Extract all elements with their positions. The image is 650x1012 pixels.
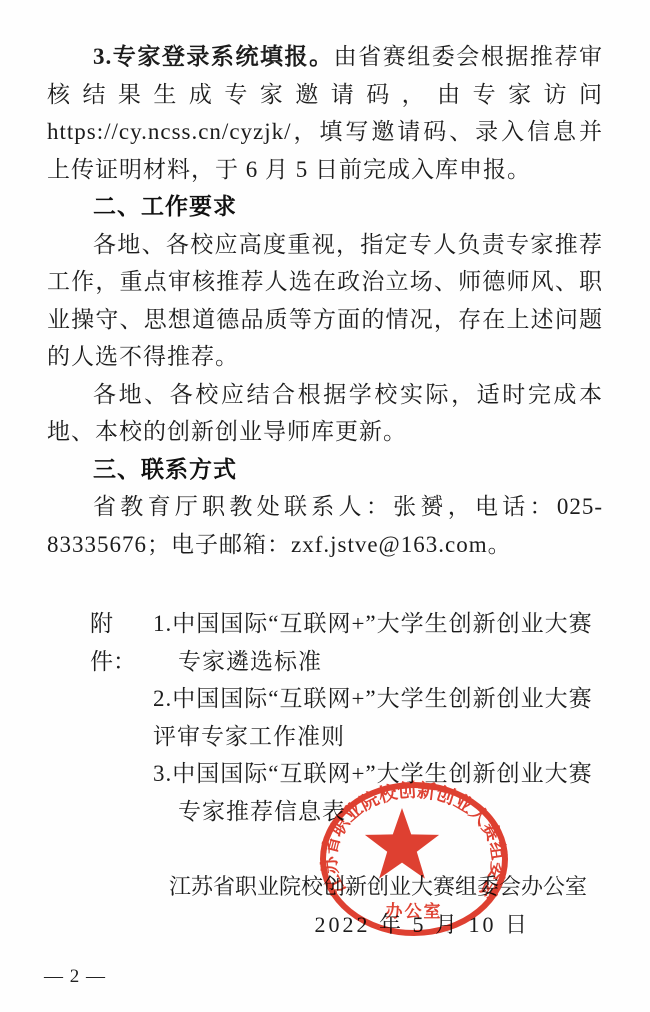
paragraph-lead-bold: 3.专家登录系统填报。 (93, 44, 334, 69)
attachment-3-title: 3.中国国际“互联网+”大学生创新创业大赛 (153, 755, 603, 793)
attachment-item-1: 1.中国国际“互联网+”大学生创新创业大赛 专家遴选标准 (153, 605, 603, 680)
document-page: 3.专家登录系统填报。由省赛组委会根据推荐审核结果生成专家邀请码，由专家访问 h… (0, 0, 650, 1012)
document-content: 3.专家登录系统填报。由省赛组委会根据推荐审核结果生成专家邀请码，由专家访问 h… (47, 38, 603, 943)
attachment-item-3: 3.中国国际“互联网+”大学生创新创业大赛 专家推荐信息表 (153, 755, 603, 830)
attachment-item-2: 2.中国国际“互联网+”大学生创新创业大赛 评审专家工作准则 (153, 680, 603, 755)
heading-contact-info: 三、联系方式 (47, 451, 603, 489)
attachment-2-title: 2.中国国际“互联网+”大学生创新创业大赛 (153, 680, 603, 718)
attachments-list: 1.中国国际“互联网+”大学生创新创业大赛 专家遴选标准 2.中国国际“互联网+… (153, 605, 603, 830)
paragraph-work-requirements-2: 各地、各校应结合根据学校实际，适时完成本地、本校的创新创业导师库更新。 (47, 376, 603, 451)
attachment-1-subtitle: 专家遴选标准 (153, 643, 603, 681)
page-number: — 2 — (44, 966, 106, 988)
attachments-label: 附件： (90, 605, 153, 830)
issuing-office-signature: 江苏省职业院校创新创业大赛组委会办公室 (47, 868, 603, 906)
paragraph-work-requirements-1: 各地、各校应高度重视，指定专人负责专家推荐工作，重点审核推荐人选在政治立场、师德… (47, 226, 603, 376)
heading-work-requirements: 二、工作要求 (47, 188, 603, 226)
paragraph-contact-info: 省教育厅职教处联系人：张赟，电话：025-83335676；电子邮箱：zxf.j… (47, 488, 603, 563)
attachment-2-subtitle: 评审专家工作准则 (153, 718, 603, 756)
issue-date: 2022 年 5 月 10 日 (47, 906, 603, 944)
attachments-block: 附件： 1.中国国际“互联网+”大学生创新创业大赛 专家遴选标准 2.中国国际“… (90, 605, 603, 830)
attachment-1-title: 1.中国国际“互联网+”大学生创新创业大赛 (153, 605, 603, 643)
signature-block: 江苏省职业院校创新创业大赛组委会办公室 2022 年 5 月 10 日 (47, 868, 603, 943)
paragraph-expert-registration: 3.专家登录系统填报。由省赛组委会根据推荐审核结果生成专家邀请码，由专家访问 h… (47, 38, 603, 188)
attachment-3-subtitle: 专家推荐信息表 (153, 793, 603, 831)
